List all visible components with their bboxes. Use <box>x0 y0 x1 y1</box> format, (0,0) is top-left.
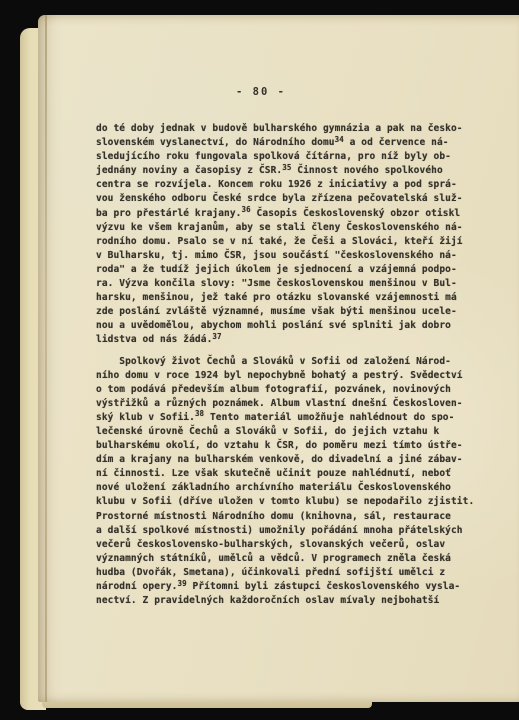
text-line: večerů československo-bulharských, slova… <box>96 538 481 552</box>
text-line: hudba (Dvořák, Smetana), účinkovali před… <box>96 566 481 580</box>
text-line: ba pro přestárlé krajany.36 Časopis Česk… <box>96 207 481 221</box>
text-line: harsku, menšinou, jež také pro otázku sl… <box>96 291 481 305</box>
page-number: - 80 - <box>96 86 426 98</box>
text-line: nectví. Z pravidelných každoročních osla… <box>96 594 481 608</box>
text-line: slovenském vyslanectví, do Národního dom… <box>96 136 481 150</box>
text-line: výzvu ke všem krajanům, aby se stali čle… <box>96 221 481 235</box>
page-crease <box>45 15 47 702</box>
text-line: ra. Výzva končila slovy: "Jsme českoslov… <box>96 277 481 291</box>
footnote-ref: 37 <box>212 332 221 341</box>
text-line: lidstva od nás žádá.37 <box>96 333 481 347</box>
text-line: bulharskému okolí, do vztahu k ČSR, do p… <box>96 439 481 453</box>
text-line: zde poslání zvláště významné, musíme vša… <box>96 305 481 319</box>
text-line: a další spolkové místnosti) umožnily poř… <box>96 524 481 538</box>
text-line: dím a krajany na bulharském venkově, do … <box>96 453 481 467</box>
text-line: Prostorné místnosti Národního domu (knih… <box>96 510 481 524</box>
text-line: rodního domu. Psalo se v ní také, že Češ… <box>96 235 481 249</box>
footnote-ref: 34 <box>335 135 344 144</box>
scanned-book-photo: - 80 - do té doby jednak v budově bulhar… <box>0 0 519 720</box>
text-line: výstřižků a různých poznámek. Album vlas… <box>96 397 481 411</box>
text-line: ní činnosti. Lze však skutečně učinit po… <box>96 467 481 481</box>
text-line: klubu v Sofii (dříve uložen v tomto klub… <box>96 495 481 509</box>
text-line: nou a uvědomělou, abychom mohli poslání … <box>96 319 481 333</box>
text-line: ský klub v Sofii.38 Tento materiál umožň… <box>96 411 481 425</box>
text-line: ního domu v roce 1924 byl nepochybně boh… <box>96 369 481 383</box>
text-line: lečenské úrovně Čechů a Slováků v Sofii,… <box>96 425 481 439</box>
body-text: do té doby jednak v budově bulharského g… <box>96 122 481 608</box>
text-line: Spolkový život Čechů a Slováků v Sofii o… <box>96 355 481 369</box>
paragraph: Spolkový život Čechů a Slováků v Sofii o… <box>96 355 481 609</box>
footnote-ref: 38 <box>195 409 204 418</box>
footnote-ref: 39 <box>177 579 186 588</box>
footnote-ref: 35 <box>282 163 291 172</box>
text-line: centra se rozvíjela. Koncem roku 1926 z … <box>96 178 481 192</box>
paragraph: do té doby jednak v budově bulharského g… <box>96 122 481 348</box>
book-page: - 80 - do té doby jednak v budově bulhar… <box>38 15 519 702</box>
text-line: o tom podává především album fotografií,… <box>96 383 481 397</box>
text-line: jednány noviny a časopisy z ČSR.35 Činno… <box>96 164 481 178</box>
text-line: vou ženského odboru České srdce byla zří… <box>96 192 481 206</box>
text-line: v Bulharsku, tj. mimo ČSR, jsou součástí… <box>96 249 481 263</box>
text-line: do té doby jednak v budově bulharského g… <box>96 122 481 136</box>
text-line: nové uložení základního archívního mater… <box>96 481 481 495</box>
text-line: roda" a že tudíž jejich úkolem je sjedno… <box>96 263 481 277</box>
text-line: významných státníků, umělců a vědců. V p… <box>96 552 481 566</box>
text-line: národní opery.39 Přítomni byli zástupci … <box>96 580 481 594</box>
footnote-ref: 36 <box>242 205 251 214</box>
